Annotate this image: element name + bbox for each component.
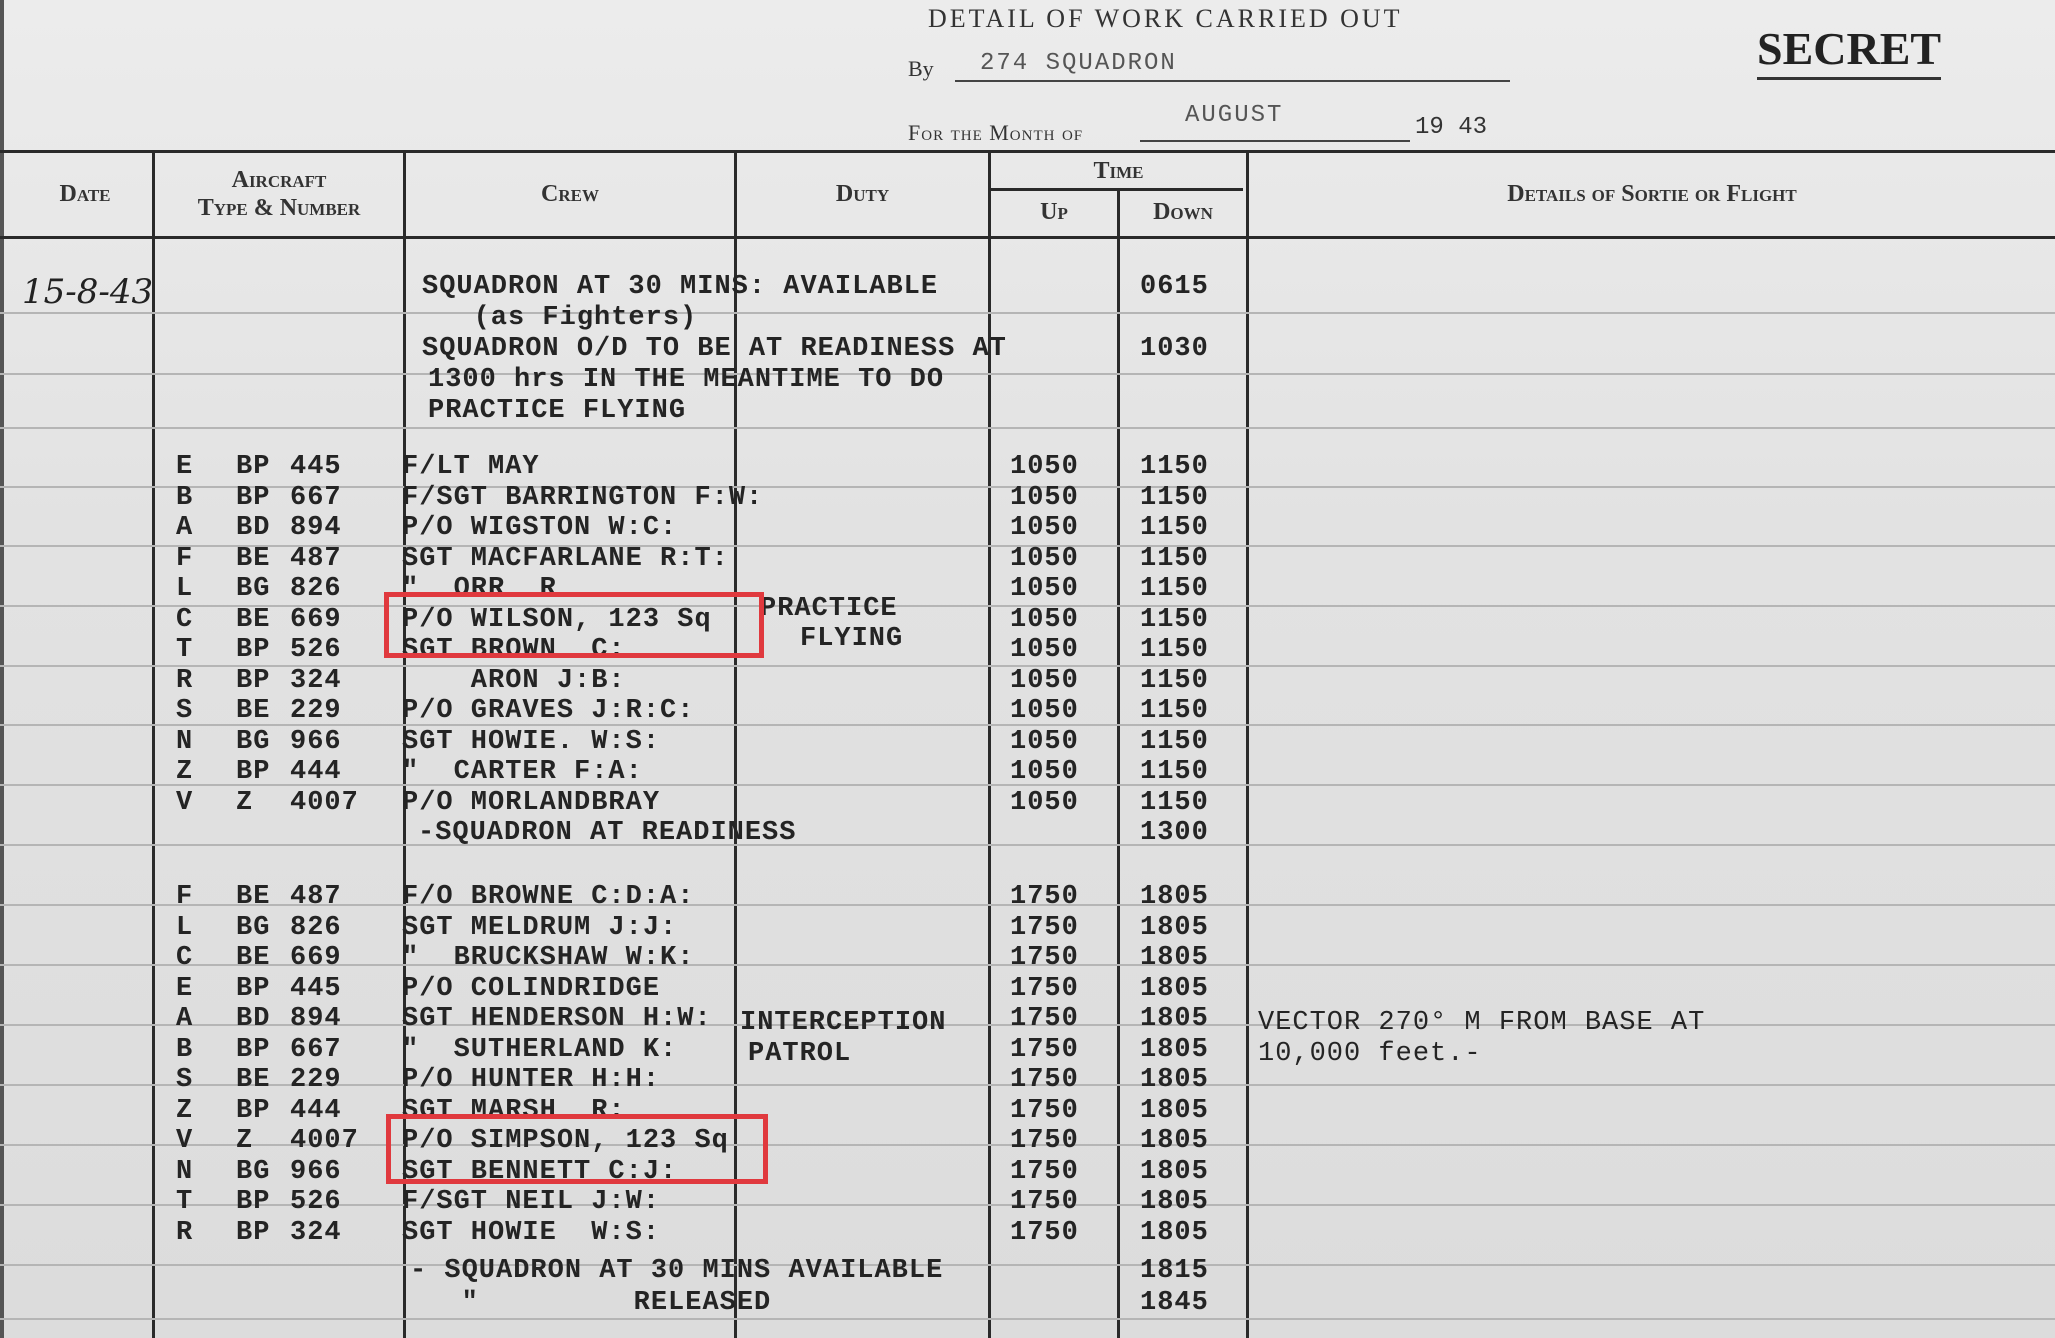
crew-name: P/O MORLANDBRAY [402, 788, 660, 818]
col-divider-up [1117, 190, 1120, 1338]
crew-name: P/O GRAVES J:R:C: [402, 696, 694, 726]
time-up: 1750 [1010, 1218, 1079, 1248]
time-down: 1805 [1140, 1218, 1209, 1248]
time-up: 1750 [1010, 1065, 1079, 1095]
closing-time-down: 1815 [1140, 1256, 1209, 1286]
col-header-duty: Duty [737, 180, 988, 208]
time-down: 1805 [1140, 943, 1209, 973]
squadron-operations-record-page: DETAIL OF WORK CARRIED OUT By 274 SQUADR… [0, 0, 2055, 1338]
aircraft-number: 667 [290, 1035, 342, 1065]
time-up: 1050 [1010, 696, 1079, 726]
ruled-line [0, 1264, 2055, 1266]
col-header-details: Details of Sortie or Flight [1249, 180, 2055, 208]
ruled-line [0, 373, 2055, 375]
sortie-details-line-1: VECTOR 270° M FROM BASE AT [1258, 1008, 1705, 1038]
aircraft-type: BP [236, 1187, 270, 1217]
crew-name: SGT HOWIE. W:S: [402, 727, 660, 757]
aircraft-number: 4007 [290, 788, 359, 818]
page-edge [0, 0, 4, 1338]
patrol-duty-line-2: PATROL [748, 1039, 851, 1069]
time-up: 1050 [1010, 635, 1079, 665]
note-text: 1300 hrs IN THE MEANTIME TO DO [428, 365, 944, 395]
aircraft-letter: S [176, 1065, 193, 1095]
crew-name: P/O HUNTER H:H: [402, 1065, 660, 1095]
aircraft-type: BP [236, 452, 270, 482]
time-down: 1150 [1140, 574, 1209, 604]
closing-time-down: 1845 [1140, 1288, 1209, 1318]
readiness-time-down: 1300 [1140, 818, 1209, 848]
table-header-border [0, 236, 2055, 239]
ruled-line [0, 427, 2055, 429]
note-text: (as Fighters) [422, 303, 697, 333]
aircraft-number: 966 [290, 1157, 342, 1187]
aircraft-type: BE [236, 605, 270, 635]
aircraft-number: 444 [290, 1096, 342, 1126]
aircraft-type: BP [236, 974, 270, 1004]
time-up: 1750 [1010, 1004, 1079, 1034]
aircraft-type: BP [236, 1218, 270, 1248]
time-down: 1150 [1140, 696, 1209, 726]
time-up: 1750 [1010, 1096, 1079, 1126]
time-down: 1805 [1140, 1035, 1209, 1065]
aircraft-letter: C [176, 605, 193, 635]
aircraft-number: 526 [290, 1187, 342, 1217]
time-up: 1750 [1010, 943, 1079, 973]
month-underline [1140, 140, 1410, 142]
aircraft-type: BP [236, 1035, 270, 1065]
aircraft-number: 487 [290, 544, 342, 574]
ruled-line [0, 844, 2055, 846]
aircraft-number: 445 [290, 974, 342, 1004]
crew-name: P/O WIGSTON W:C: [402, 513, 677, 543]
by-label: By [908, 56, 934, 82]
entry-date: 15-8-43 [22, 272, 153, 312]
squadron-name: 274 SQUADRON [980, 50, 1177, 77]
time-up: 1750 [1010, 1126, 1079, 1156]
aircraft-number: 324 [290, 1218, 342, 1248]
aircraft-number: 444 [290, 757, 342, 787]
aircraft-letter: L [176, 574, 193, 604]
time-down: 1150 [1140, 483, 1209, 513]
aircraft-letter: N [176, 1157, 193, 1187]
time-down: 1805 [1140, 974, 1209, 1004]
aircraft-letter: V [176, 788, 193, 818]
aircraft-type: BG [236, 913, 270, 943]
highlight-box-simpson [386, 1114, 768, 1184]
aircraft-letter: F [176, 544, 193, 574]
crew-name: " SUTHERLAND K: [402, 1035, 677, 1065]
time-down: 1805 [1140, 1126, 1209, 1156]
time-up: 1050 [1010, 666, 1079, 696]
aircraft-type: BD [236, 1004, 270, 1034]
classification-stamp: SECRET [1757, 22, 1941, 80]
col-header-crew: Crew [406, 180, 734, 208]
time-subheader-border [988, 188, 1243, 191]
aircraft-type: BP [236, 666, 270, 696]
time-up: 1750 [1010, 1157, 1079, 1187]
aircraft-number: 667 [290, 483, 342, 513]
crew-name: SGT HENDERSON H:W: [402, 1004, 712, 1034]
aircraft-type: BP [236, 635, 270, 665]
col-divider-duty [988, 150, 991, 1338]
time-up: 1050 [1010, 727, 1079, 757]
time-down: 1805 [1140, 1157, 1209, 1187]
crew-name: F/O BROWNE C:D:A: [402, 882, 694, 912]
crew-name: ARON J:B: [402, 666, 626, 696]
time-up: 1050 [1010, 757, 1079, 787]
aircraft-letter: A [176, 513, 193, 543]
col-header-aircraft: Aircraft Type & Number [155, 166, 403, 222]
time-up: 1050 [1010, 605, 1079, 635]
time-up: 1050 [1010, 513, 1079, 543]
aircraft-letter: T [176, 1187, 193, 1217]
time-down: 1150 [1140, 757, 1209, 787]
aircraft-letter: C [176, 943, 193, 973]
time-up: 1750 [1010, 974, 1079, 1004]
aircraft-type: BE [236, 544, 270, 574]
col-header-time: Time [991, 157, 1246, 185]
aircraft-number: 4007 [290, 1126, 359, 1156]
aircraft-type: BP [236, 1096, 270, 1126]
col-header-down: Down [1120, 198, 1246, 226]
aircraft-type: BG [236, 1157, 270, 1187]
time-up: 1750 [1010, 913, 1079, 943]
aircraft-letter: V [176, 1126, 193, 1156]
patrol-duty-line-1: INTERCEPTION [740, 1008, 946, 1038]
aircraft-letter: T [176, 635, 193, 665]
crew-name: P/O COLINDRIDGE [402, 974, 660, 1004]
note-time-down: 1030 [1140, 334, 1209, 364]
col-header-up: Up [991, 198, 1117, 226]
time-down: 1150 [1140, 452, 1209, 482]
aircraft-type: Z [236, 788, 253, 818]
highlight-box-wilson [384, 592, 764, 658]
aircraft-type: Z [236, 1126, 253, 1156]
aircraft-letter: A [176, 1004, 193, 1034]
crew-name: " BRUCKSHAW W:K: [402, 943, 694, 973]
aircraft-number: 487 [290, 882, 342, 912]
time-down: 1150 [1140, 605, 1209, 635]
note-text: SQUADRON AT 30 MINS: AVAILABLE [422, 272, 938, 302]
aircraft-number: 894 [290, 513, 342, 543]
month-value: AUGUST [1185, 102, 1283, 129]
aircraft-type: BE [236, 696, 270, 726]
time-down: 1150 [1140, 635, 1209, 665]
practice-duty-line-2: FLYING [800, 624, 903, 654]
aircraft-number: 894 [290, 1004, 342, 1034]
time-down: 1805 [1140, 1004, 1209, 1034]
aircraft-number: 966 [290, 727, 342, 757]
sortie-details-line-2: 10,000 feet.- [1258, 1039, 1482, 1069]
closing-note: " RELEASED [410, 1288, 771, 1318]
crew-name: SGT MELDRUM J:J: [402, 913, 677, 943]
time-down: 1150 [1140, 727, 1209, 757]
aircraft-type: BP [236, 757, 270, 787]
ruled-line [0, 1318, 2055, 1320]
crew-name: SGT HOWIE W:S: [402, 1218, 660, 1248]
time-up: 1050 [1010, 544, 1079, 574]
by-underline [955, 80, 1510, 82]
time-up: 1750 [1010, 1187, 1079, 1217]
aircraft-type: BE [236, 882, 270, 912]
note-text: SQUADRON O/D TO BE AT READINESS AT [422, 334, 1007, 364]
aircraft-letter: B [176, 483, 193, 513]
readiness-note: -SQUADRON AT READINESS [418, 818, 796, 848]
aircraft-letter: Z [176, 757, 193, 787]
aircraft-number: 826 [290, 913, 342, 943]
crew-name: " CARTER F:A: [402, 757, 643, 787]
aircraft-type: BG [236, 574, 270, 604]
aircraft-letter: N [176, 727, 193, 757]
aircraft-type: BE [236, 1065, 270, 1095]
aircraft-type: BE [236, 943, 270, 973]
closing-note: - SQUADRON AT 30 MINS AVAILABLE [410, 1256, 943, 1286]
aircraft-letter: L [176, 913, 193, 943]
time-up: 1050 [1010, 788, 1079, 818]
time-down: 1805 [1140, 1065, 1209, 1095]
note-time-down: 0615 [1140, 272, 1209, 302]
aircraft-number: 229 [290, 1065, 342, 1095]
form-title: DETAIL OF WORK CARRIED OUT [928, 4, 1403, 34]
time-down: 1150 [1140, 788, 1209, 818]
col-divider-date [152, 150, 155, 1338]
time-down: 1805 [1140, 882, 1209, 912]
time-down: 1150 [1140, 544, 1209, 574]
aircraft-number: 229 [290, 696, 342, 726]
aircraft-type: BP [236, 483, 270, 513]
crew-name: F/SGT NEIL J:W: [402, 1187, 660, 1217]
note-text: PRACTICE FLYING [428, 396, 686, 426]
aircraft-letter: E [176, 974, 193, 1004]
time-down: 1150 [1140, 513, 1209, 543]
aircraft-letter: R [176, 1218, 193, 1248]
crew-name: SGT MACFARLANE R:T: [402, 544, 729, 574]
table-top-border [0, 150, 2055, 153]
month-label: For the Month of [908, 120, 1083, 146]
time-up: 1050 [1010, 574, 1079, 604]
time-up: 1750 [1010, 1035, 1079, 1065]
crew-name: F/LT MAY [402, 452, 540, 482]
time-up: 1050 [1010, 452, 1079, 482]
col-header-date: Date [20, 180, 150, 208]
time-down: 1150 [1140, 666, 1209, 696]
aircraft-letter: B [176, 1035, 193, 1065]
aircraft-letter: E [176, 452, 193, 482]
aircraft-type: BD [236, 513, 270, 543]
aircraft-number: 669 [290, 605, 342, 635]
time-down: 1805 [1140, 1187, 1209, 1217]
aircraft-number: 669 [290, 943, 342, 973]
aircraft-letter: R [176, 666, 193, 696]
aircraft-letter: Z [176, 1096, 193, 1126]
aircraft-number: 324 [290, 666, 342, 696]
year-value: 19 43 [1415, 114, 1487, 141]
crew-name: F/SGT BARRINGTON F:W: [402, 483, 763, 513]
practice-duty-line-1: PRACTICE [760, 594, 898, 624]
aircraft-number: 445 [290, 452, 342, 482]
time-up: 1050 [1010, 483, 1079, 513]
aircraft-number: 826 [290, 574, 342, 604]
aircraft-letter: S [176, 696, 193, 726]
time-up: 1750 [1010, 882, 1079, 912]
time-down: 1805 [1140, 1096, 1209, 1126]
aircraft-type: BG [236, 727, 270, 757]
col-divider-down [1246, 150, 1249, 1338]
ruled-line [0, 312, 2055, 314]
time-down: 1805 [1140, 913, 1209, 943]
aircraft-letter: F [176, 882, 193, 912]
aircraft-number: 526 [290, 635, 342, 665]
